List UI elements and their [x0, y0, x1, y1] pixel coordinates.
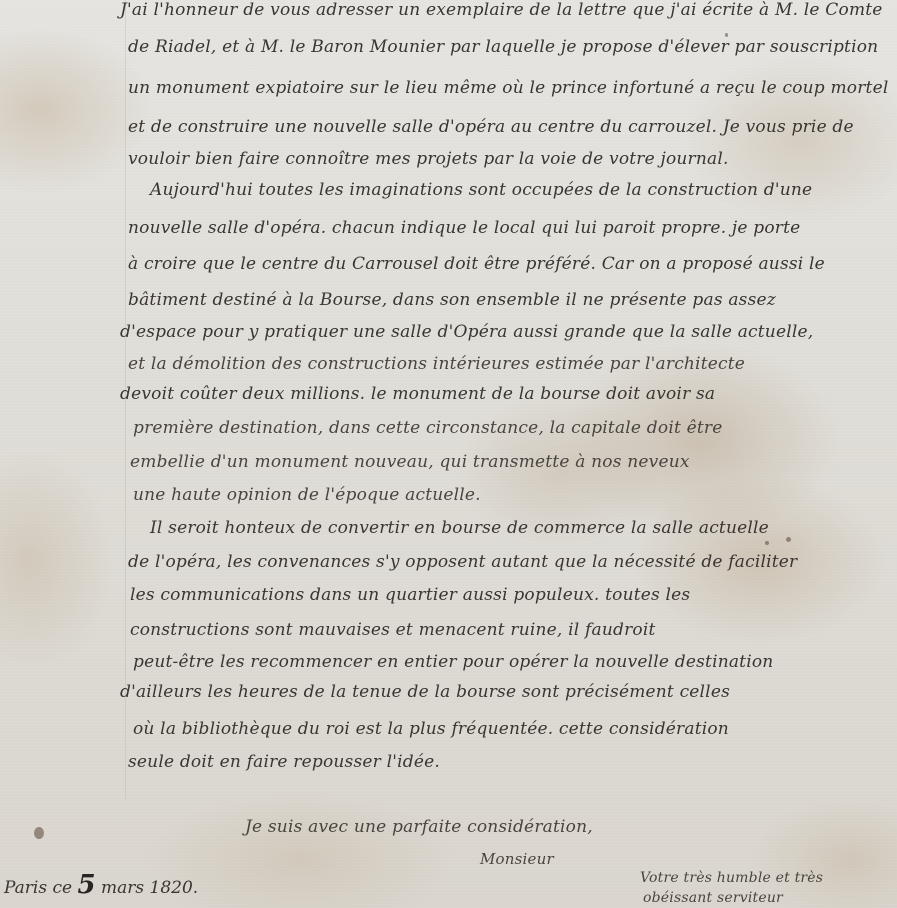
closing-salutation: Je suis avec une parfaite considération, [245, 817, 593, 837]
letter-page: J'ai l'honneur de vous adresser un exemp… [0, 0, 897, 908]
letter-line: vouloir bien faire connoître mes projets… [128, 149, 729, 169]
letter-line: et de construire une nouvelle salle d'op… [128, 117, 854, 137]
letter-line: première destination, dans cette circons… [133, 418, 722, 438]
letter-line: nouvelle salle d'opéra. chacun indique l… [128, 218, 800, 238]
letter-line: devoit coûter deux millions. le monument… [120, 384, 715, 404]
letter-line: un monument expiatoire sur le lieu même … [128, 78, 888, 98]
letter-line: J'ai l'honneur de vous adresser un exemp… [120, 0, 883, 20]
ink-dot [786, 537, 791, 542]
letter-line: les communications dans un quartier auss… [130, 585, 690, 605]
letter-line: où la bibliothèque du roi est la plus fr… [133, 719, 729, 739]
letter-line: Il seroit honteux de convertir en bourse… [150, 518, 769, 538]
closing-address: Monsieur [480, 850, 554, 868]
signature-line-2: obéissant serviteur [643, 890, 783, 906]
letter-line: de l'opéra, les convenances s'y opposent… [128, 552, 797, 572]
letter-line: d'espace pour y pratiquer une salle d'Op… [120, 322, 813, 342]
date-place: Paris ce [4, 878, 72, 898]
letter-line: constructions sont mauvaises et menacent… [130, 620, 656, 640]
letter-line: à croire que le centre du Carrousel doit… [128, 254, 825, 274]
letter-line: Aujourd'hui toutes les imaginations sont… [150, 180, 812, 200]
letter-line: et la démolition des constructions intér… [128, 354, 745, 374]
ink-dot [765, 541, 769, 545]
date-day: 5 [78, 870, 96, 900]
letter-line: embellie d'un monument nouveau, qui tran… [130, 452, 690, 472]
date-month-year: mars 1820. [101, 878, 198, 898]
letter-line: bâtiment destiné à la Bourse, dans son e… [128, 290, 776, 310]
letter-date: Paris ce 5 mars 1820. [4, 870, 198, 900]
letter-line: de Riadel, et à M. le Baron Mounier par … [128, 37, 878, 57]
letter-line: peut-être les recommencer en entier pour… [133, 652, 773, 672]
signature-line-1: Votre très humble et très [640, 870, 823, 886]
letter-line: une haute opinion de l'époque actuelle. [133, 485, 481, 505]
letter-line: seule doit en faire repousser l'idée. [128, 752, 440, 772]
letter-line: d'ailleurs les heures de la tenue de la … [120, 682, 730, 702]
ink-blot [34, 827, 44, 839]
